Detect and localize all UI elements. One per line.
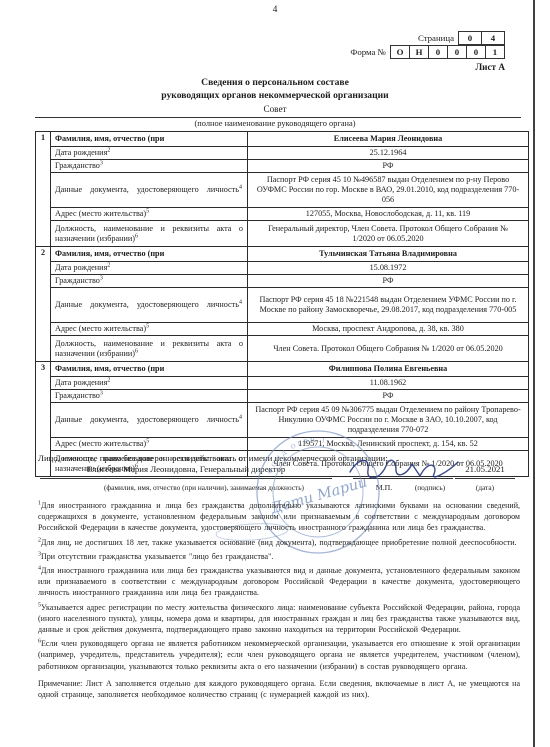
form-header: Страница 0 4 Форма № О Н 0 0 0 1 — [350, 31, 505, 59]
date-caption: (дата) — [453, 483, 517, 492]
row-label-position: Должность, наименование и реквизиты акта… — [51, 221, 248, 247]
authorized-name-line: Елисеева Мария Леонидовна, Генеральный д… — [40, 461, 332, 479]
row-label-birth-date: Дата рождения2 — [51, 262, 248, 275]
row-label-id-document: Данные документа, удостоверяющего личнос… — [51, 173, 248, 208]
row-label-fio: Фамилия, имя, отчество (при — [51, 247, 248, 262]
governing-body-name: Совет — [0, 104, 550, 114]
footnote-ref: 5 — [146, 208, 149, 214]
row-label-citizenship: Гражданство3 — [51, 390, 248, 403]
footnote-ref: 4 — [239, 414, 242, 420]
footnote: 5Указывается адрес регистрации по месту … — [38, 602, 520, 636]
label-text: Данные документа, удостоверяющего личнос… — [55, 185, 239, 194]
document-page: 4 Страница 0 4 Форма № О Н 0 0 0 1 Лист … — [0, 0, 550, 747]
row-label-citizenship: Гражданство3 — [51, 275, 248, 288]
members-table: 1 Фамилия, имя, отчество (при Елисеева М… — [35, 131, 529, 477]
row-label-citizenship: Гражданство3 — [51, 160, 248, 173]
form-number-cell: Н — [409, 45, 429, 59]
footnote-text: Если член руководящего органа не являетс… — [38, 639, 520, 670]
table-row: Данные документа, удостоверяющего личнос… — [36, 403, 529, 438]
row-label-position: Должность, наименование и реквизиты акта… — [51, 336, 248, 362]
footnotes-block: 1Для иностранного гражданина и лица без … — [38, 500, 520, 703]
table-row: Дата рождения2 25.12.1964 — [36, 147, 529, 160]
row-value-id-document: Паспорт РФ серия 45 09 №306775 выдан Отд… — [248, 403, 529, 438]
document-title-line2: руководящих органов некоммерческой орган… — [0, 90, 550, 101]
label-text: Гражданство — [55, 161, 100, 170]
footnote-text: Для иностранного гражданина и лица без г… — [38, 501, 520, 532]
row-value-position: Генеральный директор, Член Совета. Прото… — [248, 221, 529, 247]
row-value-citizenship: РФ — [248, 160, 529, 173]
footnote-ref: 6 — [135, 348, 138, 354]
document-title-line1: Сведения о персональном составе — [0, 77, 550, 88]
governing-body-caption: (полное наименование руководящего органа… — [0, 119, 550, 128]
row-value-birth-date: 15.08.1972 — [248, 262, 529, 275]
row-label-birth-date: Дата рождения2 — [51, 147, 248, 160]
member-number: 1 — [36, 132, 51, 247]
page-number: 4 — [0, 5, 550, 15]
row-value-id-document: Паспорт РФ серия 45 18 №221548 выдан Отд… — [248, 288, 529, 323]
date-line: 21.05.2021 — [455, 461, 515, 479]
form-number-cell: 0 — [428, 45, 448, 59]
table-row: Адрес (место жительства)5 Москва, проспе… — [36, 323, 529, 336]
label-text: Адрес (место жительства) — [55, 209, 146, 218]
footnote-ref: 5 — [146, 323, 149, 329]
page-label: Страница — [418, 33, 454, 43]
table-row: Гражданство3 РФ — [36, 275, 529, 288]
row-value-birth-date: 11.08.1962 — [248, 377, 529, 390]
label-text: Гражданство — [55, 276, 100, 285]
label-text: Гражданство — [55, 391, 100, 400]
row-value-address: Москва, проспект Андропова, д. 38, кв. 3… — [248, 323, 529, 336]
label-text: Должность, наименование и реквизиты акта… — [55, 224, 243, 243]
form-number-cell: О — [390, 45, 410, 59]
row-label-address: Адрес (место жительства)5 — [51, 208, 248, 221]
footnote-ref: 5 — [146, 438, 149, 444]
row-value-fio: Елисеева Мария Леонидовна — [248, 132, 529, 147]
page-cells: 0 4 — [459, 31, 505, 45]
footnote: 6Если член руководящего органа не являет… — [38, 638, 520, 672]
footnote-ref: 4 — [239, 184, 242, 190]
footnote-ref: 2 — [107, 377, 110, 383]
row-value-citizenship: РФ — [248, 275, 529, 288]
label-text: Данные документа, удостоверяющего личнос… — [55, 300, 239, 309]
label-text: Дата рождения — [55, 148, 107, 157]
name-caption: (фамилия, имя, отчество (при наличии), з… — [40, 483, 368, 492]
governing-body-rule — [35, 117, 521, 118]
footnote-ref: 3 — [100, 275, 103, 281]
page-cell: 4 — [481, 31, 505, 45]
row-label-birth-date: Дата рождения2 — [51, 377, 248, 390]
table-row: Данные документа, удостоверяющего личнос… — [36, 173, 529, 208]
row-label-fio: Фамилия, имя, отчество (при — [51, 132, 248, 147]
page-cell: 0 — [458, 31, 482, 45]
label-text: Должность, наименование и реквизиты акта… — [55, 339, 243, 358]
row-value-position: Член Совета. Протокол Общего Собрания № … — [248, 336, 529, 362]
row-value-address: 119571, Москва, Ленинский проспект, д. 1… — [248, 438, 529, 451]
form-number-cell: 0 — [466, 45, 486, 59]
row-label-fio: Фамилия, имя, отчество (при — [51, 362, 248, 377]
table-row: 1 Фамилия, имя, отчество (при Елисеева М… — [36, 132, 529, 147]
footnote: 3При отсутствии гражданства указывается … — [38, 551, 520, 562]
row-value-citizenship: РФ — [248, 390, 529, 403]
mp-label: М.П. — [372, 483, 396, 492]
form-number-cell: 0 — [447, 45, 467, 59]
row-label-id-document: Данные документа, удостоверяющего личнос… — [51, 403, 248, 438]
table-row: Адрес (место жительства)5 119571, Москва… — [36, 438, 529, 451]
table-row: 2 Фамилия, имя, отчество (при Тульчинска… — [36, 247, 529, 262]
footnote: 4Для иностранного гражданина или лица бе… — [38, 565, 520, 599]
row-value-birth-date: 25.12.1964 — [248, 147, 529, 160]
footnote-ref: 4 — [239, 299, 242, 305]
table-row: Гражданство3 РФ — [36, 390, 529, 403]
table-row: Должность, наименование и реквизиты акта… — [36, 221, 529, 247]
member-record: 2 Фамилия, имя, отчество (при Тульчинска… — [36, 247, 529, 362]
footnote-text: Для иностранного гражданина или лица без… — [38, 566, 520, 597]
form-number-cells: О Н 0 0 0 1 — [391, 45, 505, 59]
table-row: Данные документа, удостоверяющего личнос… — [36, 288, 529, 323]
row-label-address: Адрес (место жительства)5 — [51, 438, 248, 451]
row-value-fio: Тульчинская Татьяна Владимировна — [248, 247, 529, 262]
footnote-ref: 2 — [107, 147, 110, 153]
footnote-ref: 6 — [135, 233, 138, 239]
member-record: 1 Фамилия, имя, отчество (при Елисеева М… — [36, 132, 529, 247]
table-row: Адрес (место жительства)5 127055, Москва… — [36, 208, 529, 221]
table-row: Дата рождения2 11.08.1962 — [36, 377, 529, 390]
page-row: Страница 0 4 — [350, 31, 505, 45]
footnote-text: Для лиц, не достигших 18 лет, также указ… — [41, 538, 517, 547]
table-row: 3 Фамилия, имя, отчество (при Филиппова … — [36, 362, 529, 377]
signature-line — [353, 461, 453, 479]
note: Примечание: Лист А заполняется отдельно … — [38, 678, 520, 700]
form-number-label: Форма № — [350, 47, 386, 57]
label-text: Дата рождения — [55, 263, 107, 272]
label-text: Адрес (место жительства) — [55, 324, 146, 333]
footnote-text: При отсутствии гражданства указывается "… — [41, 552, 273, 561]
row-value-address: 127055, Москва, Новослободская, д. 11, к… — [248, 208, 529, 221]
footnote-ref: 3 — [100, 160, 103, 166]
row-label-id-document: Данные документа, удостоверяющего личнос… — [51, 288, 248, 323]
form-number-cell: 1 — [485, 45, 505, 59]
member-number: 2 — [36, 247, 51, 362]
label-text: Данные документа, удостоверяющего личнос… — [55, 415, 239, 424]
table-row: Гражданство3 РФ — [36, 160, 529, 173]
row-value-id-document: Паспорт РФ серия 45 10 №496587 выдан Отд… — [248, 173, 529, 208]
row-value-fio: Филиппова Полина Евгеньевна — [248, 362, 529, 377]
footnote-text: Указывается адрес регистрации по месту ж… — [38, 603, 520, 634]
footnote-ref: 2 — [107, 262, 110, 268]
footnote-ref: 3 — [100, 390, 103, 396]
table-row: Дата рождения2 15.08.1972 — [36, 262, 529, 275]
footnote: 2Для лиц, не достигших 18 лет, также ука… — [38, 537, 520, 548]
row-label-address: Адрес (место жительства)5 — [51, 323, 248, 336]
sheet-label: Лист А — [475, 62, 505, 72]
label-text: Адрес (место жительства) — [55, 439, 146, 448]
label-text: Дата рождения — [55, 378, 107, 387]
table-row: Должность, наименование и реквизиты акта… — [36, 336, 529, 362]
footnote: 1Для иностранного гражданина и лица без … — [38, 500, 520, 534]
form-number-row: Форма № О Н 0 0 0 1 — [350, 45, 505, 59]
